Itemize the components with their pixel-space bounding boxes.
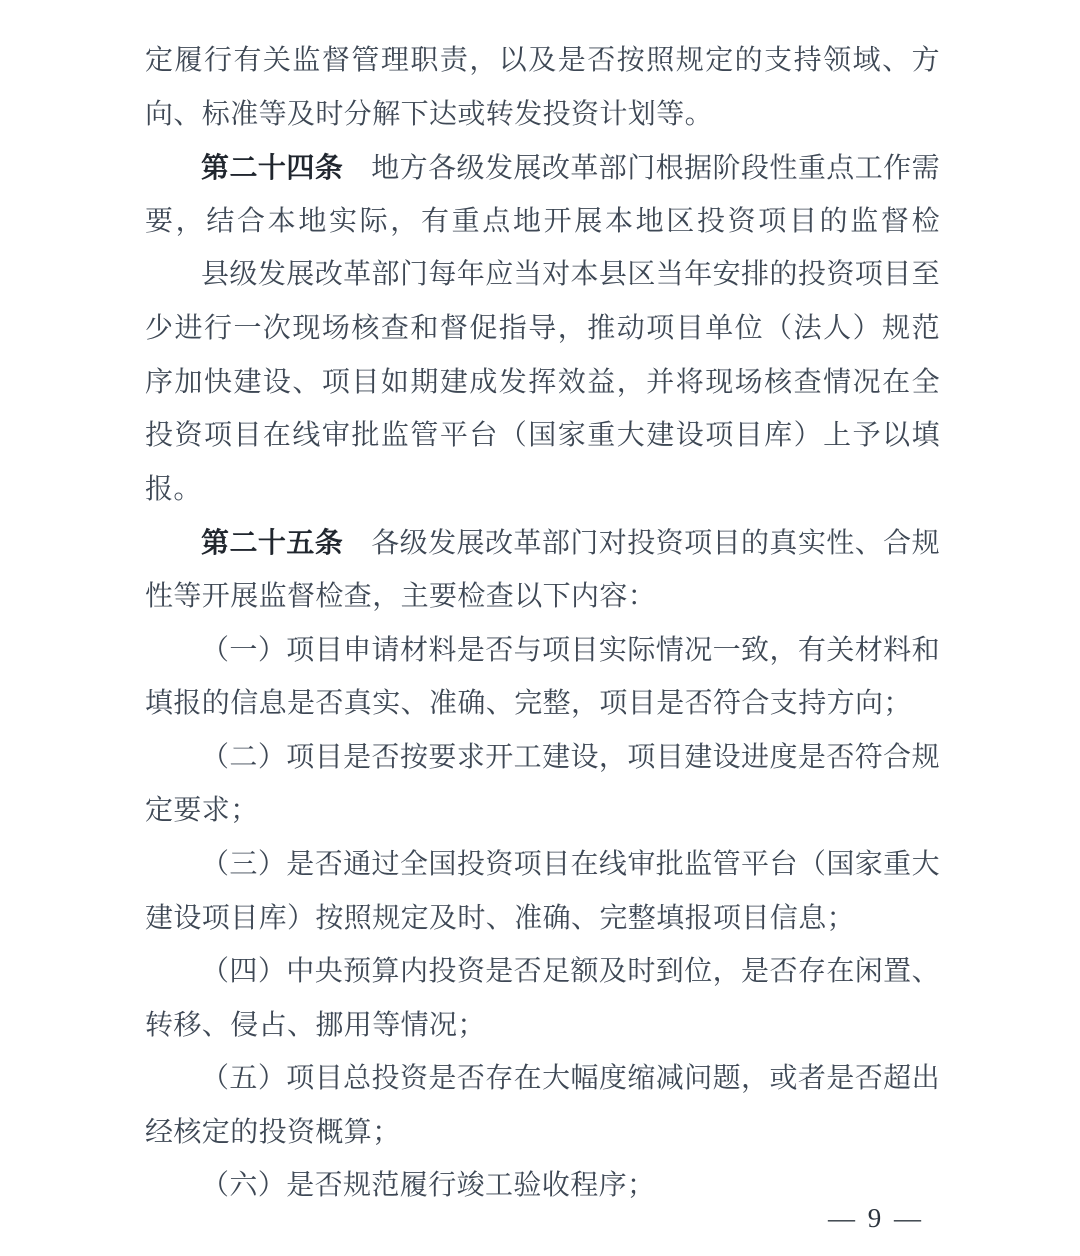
text-line: 建设项目库）按照规定及时、准确、完整填报项目信息； xyxy=(145,892,940,946)
article-number: 第二十四条 xyxy=(201,152,343,183)
text-line: 县级发展改革部门每年应当对本县区当年安排的投资项目至 xyxy=(145,248,940,302)
text-line: 报。 xyxy=(145,463,940,517)
article-number: 第二十五条 xyxy=(201,527,343,558)
text-line: （三）是否通过全国投资项目在线审批监管平台（国家重大 xyxy=(145,838,940,892)
text-line: 向、标准等及时分解下达或转发投资计划等。 xyxy=(145,88,940,142)
text-line: （五）项目总投资是否存在大幅度缩减问题，或者是否超出 xyxy=(145,1052,940,1106)
text-line: （二）项目是否按要求开工建设，项目建设进度是否符合规 xyxy=(145,731,940,785)
text-line: 填报的信息是否真实、准确、完整，项目是否符合支持方向； xyxy=(145,677,940,731)
page-footer: — 9 — xyxy=(828,1198,924,1238)
text-line: 第二十四条地方各级发展改革部门根据阶段性重点工作需 xyxy=(145,141,940,195)
text-line: 序加快建设、项目如期建成发挥效益，并将现场核查情况在全国 xyxy=(145,356,940,410)
text-line: 要，结合本地实际，有重点地开展本地区投资项目的监督检查。 xyxy=(145,195,940,249)
document-page: 定履行有关监督管理职责，以及是否按照规定的支持领域、方向、标准等及时分解下达或转… xyxy=(145,34,940,1213)
text-line: 性等开展监督检查，主要检查以下内容： xyxy=(145,570,940,624)
text-line: 定履行有关监督管理职责，以及是否按照规定的支持领域、方 xyxy=(145,34,940,88)
text-line: 转移、侵占、挪用等情况； xyxy=(145,999,940,1053)
document-body: 定履行有关监督管理职责，以及是否按照规定的支持领域、方向、标准等及时分解下达或转… xyxy=(145,34,940,1213)
article-text: 各级发展改革部门对投资项目的真实性、合规 xyxy=(371,528,940,559)
text-line: 少进行一次现场核查和督促指导，推动项目单位（法人）规范有 xyxy=(145,302,940,356)
page-number: — 9 — xyxy=(828,1203,924,1233)
text-line: （四）中央预算内投资是否足额及时到位，是否存在闲置、 xyxy=(145,945,940,999)
text-line: 定要求； xyxy=(145,784,940,838)
text-line: 经核定的投资概算； xyxy=(145,1106,940,1160)
text-line: 投资项目在线审批监管平台（国家重大建设项目库）上予以填 xyxy=(145,409,940,463)
text-line: （一）项目申请材料是否与项目实际情况一致，有关材料和 xyxy=(145,624,940,678)
text-line: （六）是否规范履行竣工验收程序； xyxy=(145,1159,940,1213)
text-line: 第二十五条各级发展改革部门对投资项目的真实性、合规 xyxy=(145,516,940,570)
article-text: 地方各级发展改革部门根据阶段性重点工作需 xyxy=(371,153,940,184)
